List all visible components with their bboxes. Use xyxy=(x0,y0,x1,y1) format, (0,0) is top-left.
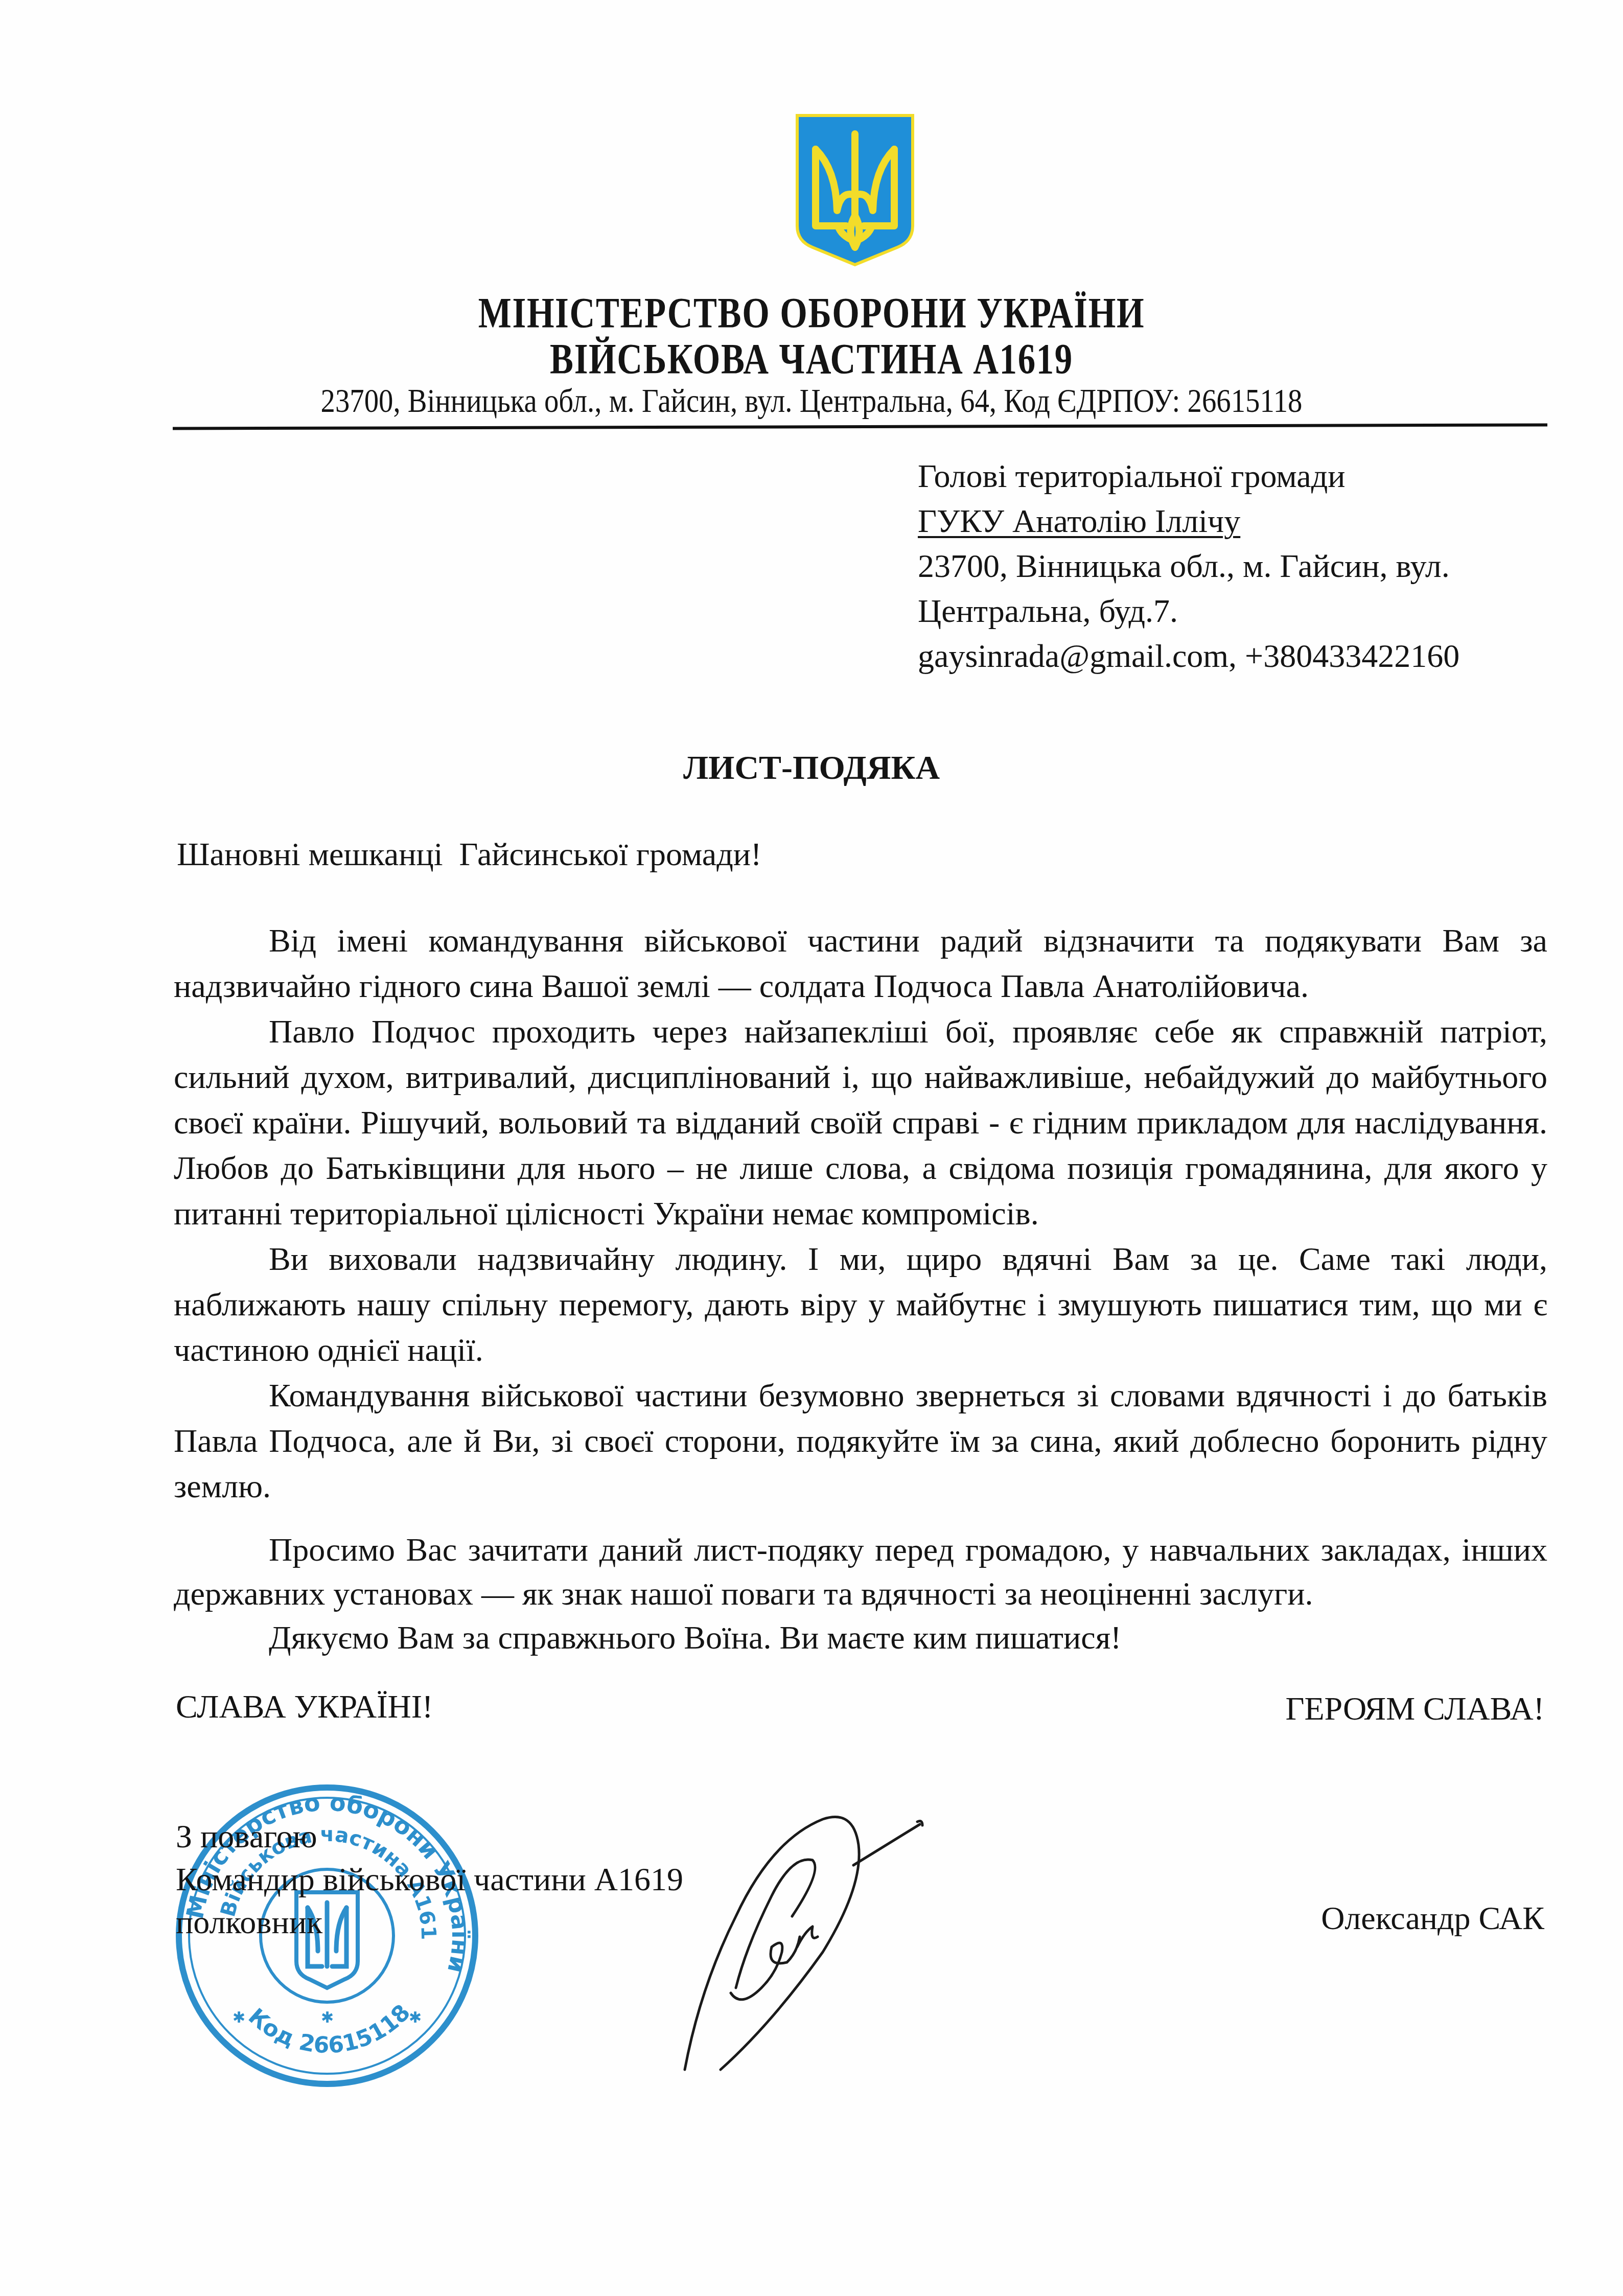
ministry-name: МІНІСТЕРСТВО ОБОРОНИ УКРАЇНИ xyxy=(146,292,1477,335)
addressee-block: Голові територіальної громади ГУКУ Анато… xyxy=(918,454,1459,679)
signer-position: Командир військової частини А1619 xyxy=(176,1858,683,1901)
addressee-address-line2: Центральна, буд.7. xyxy=(918,589,1459,634)
document-title: ЛИСТ-ПОДЯКА xyxy=(0,751,1623,785)
addressee-address-line1: 23700, Вінницька обл., м. Гайсин, вул. xyxy=(918,544,1459,589)
military-unit-name: ВІЙСЬКОВА ЧАСТИНА А1619 xyxy=(146,338,1477,381)
body-paragraph: Ви виховали надзвичайну людину. І ми, щи… xyxy=(174,1236,1547,1373)
closing-slogan-left: СЛАВА УКРАЇНІ! xyxy=(176,1690,433,1723)
signer-rank: полковник xyxy=(176,1901,683,1944)
request-section: Просимо Вас зачитати даний лист-подяку п… xyxy=(174,1528,1547,1660)
body-paragraph: Павло Подчос проходить через найзапекліш… xyxy=(174,1009,1547,1236)
closing-slogan-right: ГЕРОЯМ СЛАВА! xyxy=(1285,1692,1544,1725)
addressee-name: ГУКУ Анатолію Іллічу xyxy=(918,499,1459,544)
svg-text:✱: ✱ xyxy=(409,2009,422,2027)
salutation: Шановні мешканці Гайсинської громади! xyxy=(177,838,761,871)
thanks-paragraph: Дякуємо Вам за справжнього Воїна. Ви має… xyxy=(174,1616,1547,1660)
letter-body: Від імені командування військової частин… xyxy=(174,918,1547,1509)
addressee-title: Голові територіальної громади xyxy=(918,454,1459,499)
svg-text:✱: ✱ xyxy=(321,2009,334,2027)
addressee-contacts: gaysinrada@gmail.com, +380433422160 xyxy=(918,634,1459,679)
letter-page: МІНІСТЕРСТВО ОБОРОНИ УКРАЇНИ ВІЙСЬКОВА Ч… xyxy=(0,0,1623,2296)
regards-text: З повагою xyxy=(176,1815,683,1858)
body-paragraph: Командування військової частини безумовн… xyxy=(174,1373,1547,1509)
coat-of-arms-icon xyxy=(795,113,915,267)
signer-name: Олександр САК xyxy=(1321,1902,1544,1935)
body-paragraph: Від імені командування військової частин… xyxy=(174,918,1547,1009)
handwritten-signature-icon xyxy=(669,1783,1129,2090)
letterhead-address: 23700, Вінницька обл., м. Гайсин, вул. Ц… xyxy=(113,384,1509,418)
signature-block: З повагою Командир військової частини А1… xyxy=(176,1815,683,1944)
letterhead-divider xyxy=(173,423,1547,430)
svg-text:✱: ✱ xyxy=(233,2009,245,2027)
request-paragraph: Просимо Вас зачитати даний лист-подяку п… xyxy=(174,1528,1547,1616)
